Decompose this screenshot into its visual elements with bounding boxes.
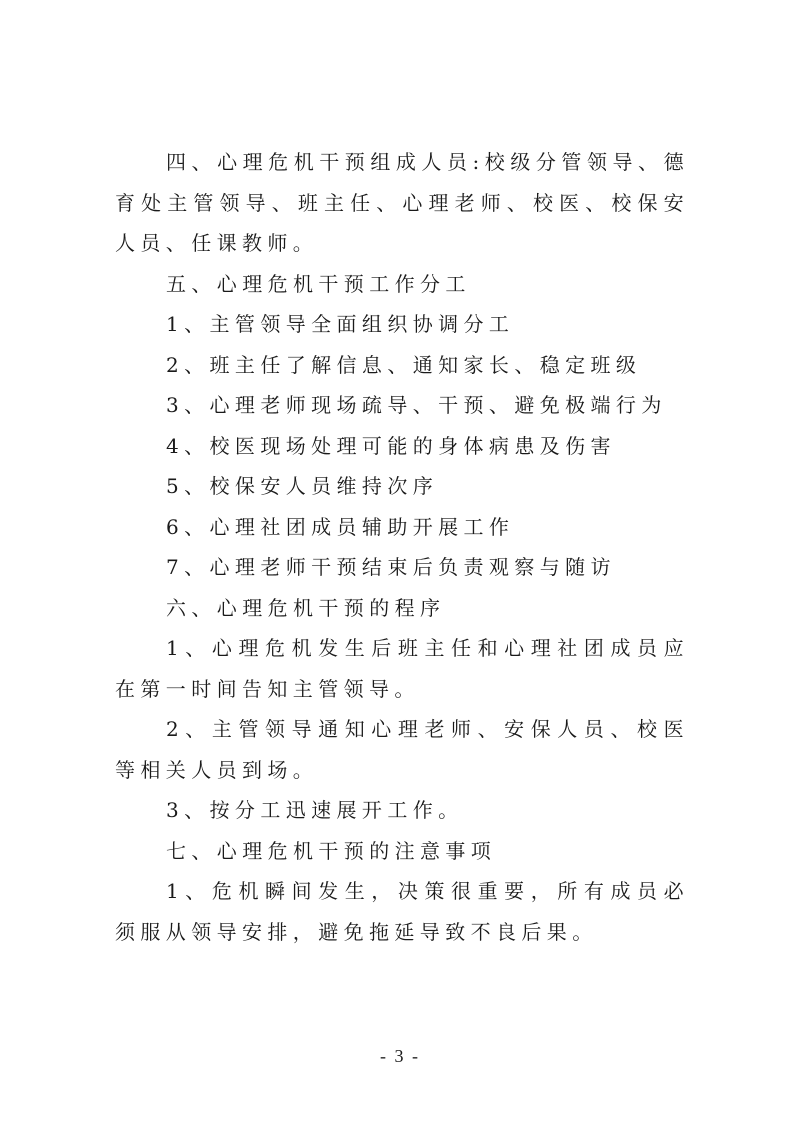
section-6-heading: 六、心理危机干预的程序	[115, 588, 689, 629]
document-body: 四、心理危机干预组成人员:校级分管领导、德育处主管领导、班主任、心理老师、校医、…	[115, 142, 689, 952]
section-6-item-1: 1、心理危机发生后班主任和心理社团成员应在第一时间告知主管领导。	[115, 628, 689, 709]
document-page: 四、心理危机干预组成人员:校级分管领导、德育处主管领导、班主任、心理老师、校医、…	[0, 0, 800, 1132]
section-7-item-1: 1、危机瞬间发生，决策很重要，所有成员必须服从领导安排，避免拖延导致不良后果。	[115, 871, 689, 952]
section-6-item-2: 2、主管领导通知心理老师、安保人员、校医等相关人员到场。	[115, 709, 689, 790]
section-7-heading: 七、心理危机干预的注意事项	[115, 831, 689, 872]
section-5-item-7: 7、心理老师干预结束后负责观察与随访	[115, 547, 689, 588]
page-number: - 3 -	[0, 1046, 800, 1067]
section-5-heading: 五、心理危机干预工作分工	[115, 264, 689, 305]
section-5-item-4: 4、校医现场处理可能的身体病患及伤害	[115, 426, 689, 467]
section-5-item-2: 2、班主任了解信息、通知家长、稳定班级	[115, 345, 689, 386]
section-5-item-6: 6、心理社团成员辅助开展工作	[115, 507, 689, 548]
section-5-item-5: 5、校保安人员维持次序	[115, 466, 689, 507]
section-5-item-1: 1、主管领导全面组织协调分工	[115, 304, 689, 345]
section-4-paragraph: 四、心理危机干预组成人员:校级分管领导、德育处主管领导、班主任、心理老师、校医、…	[115, 142, 689, 264]
section-6-item-3: 3、按分工迅速展开工作。	[115, 790, 689, 831]
section-5-item-3: 3、心理老师现场疏导、干预、避免极端行为	[115, 385, 689, 426]
